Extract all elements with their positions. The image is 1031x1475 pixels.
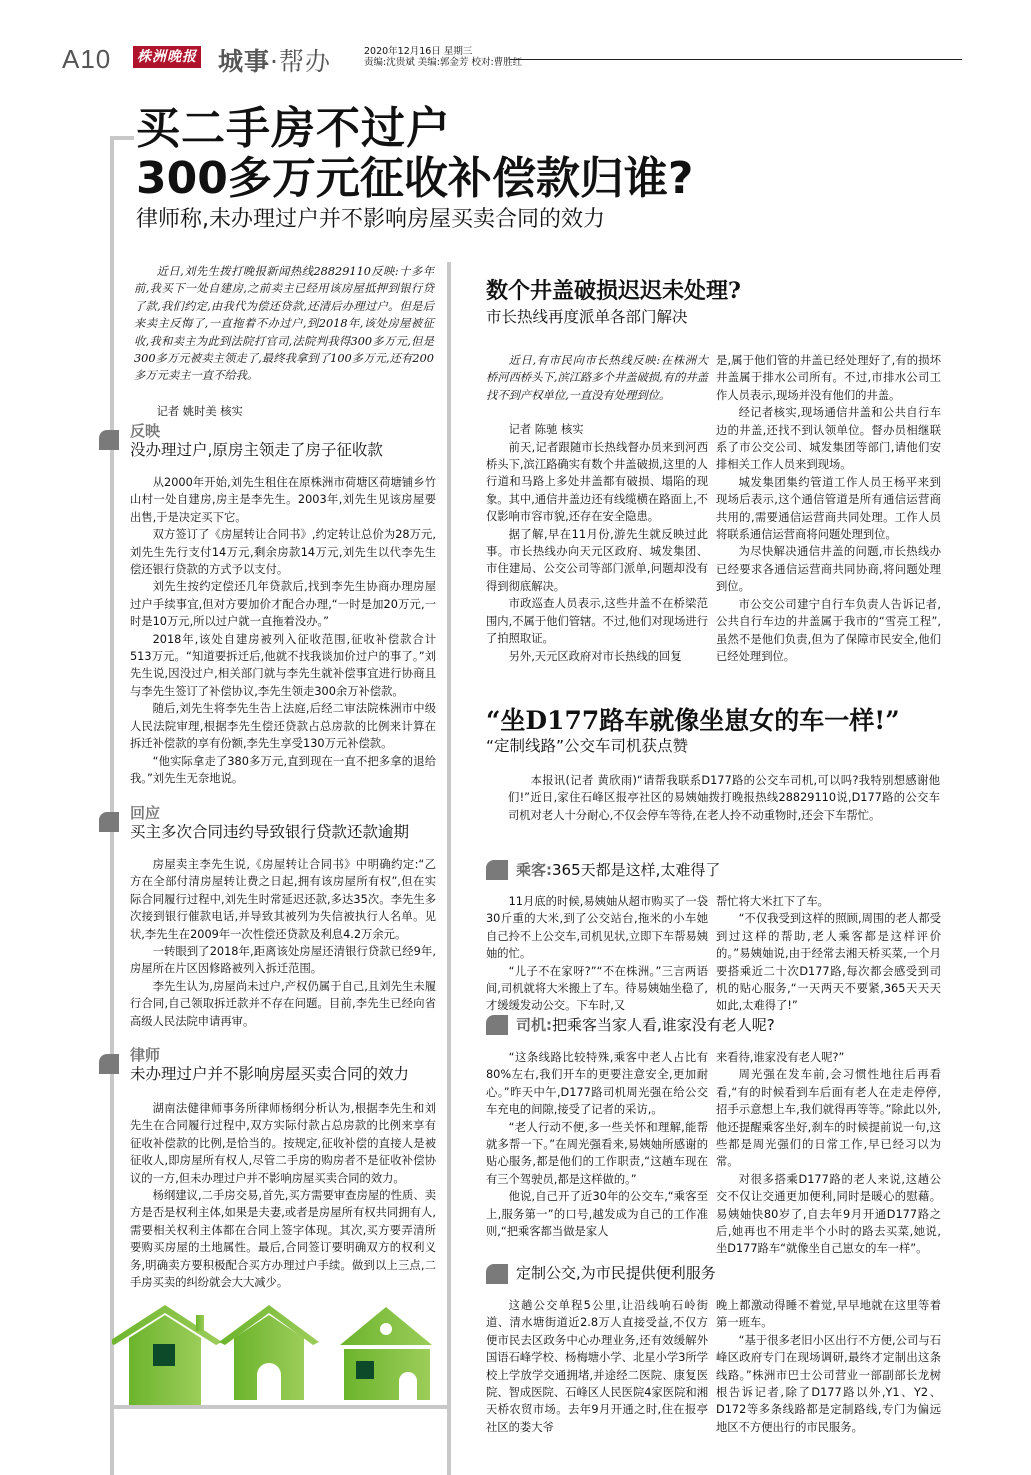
paragraph: 经记者核实,现场通信井盖和公共自行车边的井盖,还找不到认领单位。督办员相继联系了… (716, 404, 941, 474)
bus-lead: 本报讯(记者 黄欣雨)“请帮我联系D177路的公交车司机,可以吗?我特别想感谢他… (508, 772, 940, 824)
manhole-col2: 是,属于他们管的井盖已经处理好了,有的损坏井盖属于排水公司所有。不过,市排水公司… (716, 352, 941, 665)
reporter-credit: 记者 陈驰 核实 (486, 421, 708, 438)
paragraph: 随后,刘先生将李先生告上法庭,后经二审法院株洲市中级人民法院审理,根据李先生偿还… (130, 700, 436, 752)
section-main: 城事 (218, 47, 270, 76)
bus-s3-col1: 这趟公交单程5公里,让沿线响石岭街道、清水塘街道近2.8万人直接受益,不仅方便市… (486, 1297, 708, 1436)
paragraph: 周光强在发车前,会习惯性地往后再看看,“有的时候看到车后面有老人在走走停停,招手… (716, 1066, 941, 1170)
paragraph: 双方签订了《房屋转让合同书》,约定转让总价为28万元,刘先生先行支付14万元,剩… (130, 526, 436, 578)
paragraph: 房屋卖主李先生说,《房屋转让合同书》中明确约定:“乙方在全部付清房屋转让费之日起… (130, 856, 436, 943)
paragraph: 另外,天元区政府对市长热线的回复 (486, 648, 708, 665)
bus-s1-col2: 帮忙将大米扛下了车。 “不仅我受到这样的照顾,周围的老人都受到过这样的帮助,老人… (716, 893, 941, 1015)
paragraph: 这趟公交单程5公里,让沿线响石岭街道、清水塘街道近2.8万人直接受益,不仅方便市… (486, 1297, 708, 1436)
main-intro: 近日,刘先生拨打晚报新闻热线28829110反映:十多年前,我买下一处自建房,之… (134, 263, 434, 420)
bus-s1-col1: 11月底的时候,易姨妯从超市购买了一袋30斤重的大米,到了公交站台,拖米的小车她… (486, 893, 708, 1015)
paragraph: 从2000年开始,刘先生租住在原株洲市荷塘区荷塘铺乡竹山村一处自建房,房主是李先… (130, 474, 436, 526)
section-kicker: 乘客: (516, 861, 552, 879)
bus-subheadline: “定制线路”公交车司机获点赞 (486, 736, 688, 756)
bus-s2-col2: 来看待,谁家没有老人呢?” 周光强在发车前,会习惯性地往后再看看,“有的时候看到… (716, 1049, 941, 1258)
manhole-headline: 数个井盖破损迟迟未处理? (486, 276, 741, 306)
paragraph: 城发集团集约管道工作人员王杨平来到现场后表示,这个通信管道是所有通信运营商共用的… (716, 474, 941, 544)
paragraph: 近日,有市民向市长热线反映:在株洲大桥河西桥头下,滨江路多个井盖破损,有的井盖找… (486, 352, 708, 404)
paragraph: 一转眼到了2018年,距离该处房屋还清银行贷款已经9年,房屋所在片区因修路被列入… (130, 943, 436, 978)
paragraph: 他说,自己开了近30年的公交车,“乘客至上,服务第一”的口号,越发成为自己的工作… (486, 1188, 708, 1240)
main-headline-line2: 300多万元征收补偿款归谁? (136, 154, 693, 204)
house-icon (340, 1307, 432, 1400)
paragraph: 对很多搭乘D177路的老人来说,这趟公交不仅让交通更加便利,同时是暖心的慰藉。易… (716, 1171, 941, 1258)
paragraph: 杨纲建议,二手房交易,首先,买方需要审查房屋的性质、卖方是否是权利主体,如果是夫… (130, 1187, 436, 1291)
section-tab-marker (99, 1054, 119, 1074)
bus-section-heading: 乘客:365天都是这样,太难得了 (516, 860, 720, 880)
section-subhead: 未办理过户并不影响房屋买卖合同的效力 (130, 1064, 409, 1084)
house-icon (112, 1305, 222, 1405)
section-tab-marker (486, 1264, 508, 1284)
main-headline-line1: 买二手房不过户 (136, 104, 451, 154)
paragraph: 李先生认为,房屋尚未过户,产权仍属于自己,且刘先生未履行合同,自己领取拆迁款并不… (130, 978, 436, 1030)
paragraph: 前天,记者跟随市长热线督办员来到河西桥头下,滨江路确实有数个井盖破损,这里的人行… (486, 439, 708, 526)
section-sub: 帮办 (279, 47, 331, 76)
bus-s2-col1: “这条线路比较特殊,乘客中老人占比有80%左右,我们开车的更要注意安全,更加耐心… (486, 1049, 708, 1240)
paragraph: 湖南法健律师事务所律师杨纲分析认为,根据李先生和刘先生在合同履行过程中,双方实际… (130, 1100, 436, 1187)
issue-date: 2020年12月16日 星期三 (364, 46, 522, 57)
frame-left-border (110, 136, 114, 1475)
section-kicker: 律师 (130, 1044, 160, 1065)
staff-credits: 责编:沈贵斌 美编:郭金芳 校对:曹胜红 (364, 57, 522, 68)
manhole-subheadline: 市长热线再度派单各部门解决 (486, 307, 688, 327)
paragraph: “不仅我受到这样的照顾,周围的老人都受到过这样的帮助,老人乘客都是这样评价的。”… (716, 910, 941, 1014)
paragraph: “他实际拿走了380多万元,直到现在一直不把多拿的退给我。”刘先生无奈地说。 (130, 753, 436, 788)
houses-illustration (112, 1305, 448, 1405)
issue-meta: 2020年12月16日 星期三 责编:沈贵斌 美编:郭金芳 校对:曹胜红 (364, 46, 522, 68)
section-dot: · (270, 47, 279, 76)
section-title: 定制公交,为市民提供便利服务 (516, 1264, 716, 1282)
section-tab-marker (99, 430, 119, 450)
reporter-credit: 记者 姚时美 核实 (134, 403, 434, 420)
section-tab-marker (99, 812, 119, 832)
paragraph: 市政巡查人员表示,这些井盖不在桥梁范围内,不属于他们管辖。不过,他们对现场进行了… (486, 595, 708, 647)
paragraph: 是,属于他们管的井盖已经处理好了,有的损坏井盖属于排水公司所有。不过,市排水公司… (716, 352, 941, 404)
masthead-logo: 株洲晚报 (133, 46, 201, 68)
section-kicker: 司机: (516, 1016, 552, 1034)
page-number: A10 (62, 44, 111, 75)
paragraph: 晚上都激动得睡不着觉,早早地就在这里等着第一班车。 (716, 1297, 941, 1332)
paragraph: 据了解,早在11月份,游先生就反映过此事。市长热线办向天元区政府、城发集团、市住… (486, 526, 708, 596)
section-kicker: 反映 (130, 420, 160, 441)
paragraph: “基于很多老旧小区出行不方便,公司与石峰区政府专门在现场调研,最终才定制出这条线… (716, 1332, 941, 1436)
paragraph: 市公交公司建宁自行车负责人告诉记者,公共自行车边的井盖属于我市的“雪亮工程”,虽… (716, 596, 941, 666)
manhole-col1: 近日,有市民向市长热线反映:在株洲大桥河西桥头下,滨江路多个井盖破损,有的井盖找… (486, 352, 708, 665)
paragraph: 刘先生按约定偿还几年贷款后,找到李先生协商办理房屋过户手续事宜,但对方要加价才配… (130, 578, 436, 630)
section-subhead: 没办理过户,原房主领走了房子征收款 (130, 440, 383, 460)
bus-s3-col2: 晚上都激动得睡不着觉,早早地就在这里等着第一班车。 “基于很多老旧小区出行不方便… (716, 1297, 941, 1436)
paragraph: 为尽快解决通信井盖的问题,市长热线办已经要求各通信运营商共同协商,将问题处理到位… (716, 543, 941, 595)
bus-headline: “坐D177路车就像坐崽女的车一样!” (486, 704, 900, 738)
frame-bottom-border (110, 1405, 451, 1409)
frame-right-border (447, 262, 451, 1475)
section-body: 湖南法健律师事务所律师杨纲分析认为,根据李先生和刘先生在合同履行过程中,双方实际… (130, 1100, 436, 1291)
main-subheadline: 律师称,未办理过户并不影响房屋买卖合同的效力 (136, 206, 605, 234)
paragraph: 帮忙将大米扛下了车。 (716, 893, 941, 910)
section-subhead: 买主多次合同违约导致银行贷款还款逾期 (130, 822, 409, 842)
intro-paragraph: 近日,刘先生拨打晚报新闻热线28829110反映:十多年前,我买下一处自建房,之… (134, 263, 434, 385)
paragraph: “儿子不在家呀?”“不在株洲。”三言两语间,司机就将大米搬上了车。待易姨妯坐稳了… (486, 963, 708, 1015)
paragraph: “老人行动不便,多一些关怀和理解,能帮就多帮一下。”在周光强看来,易姨妯所感谢的… (486, 1119, 708, 1189)
section-tab-marker (486, 860, 508, 880)
paragraph: 2018年,该处自建房被列入征收范围,征收补偿款合计513万元。“知道要拆迁后,… (130, 631, 436, 701)
header-rule (510, 59, 962, 60)
paragraph: “这条线路比较特殊,乘客中老人占比有80%左右,我们开车的更要注意安全,更加耐心… (486, 1049, 708, 1119)
section-body: 房屋卖主李先生说,《房屋转让合同书》中明确约定:“乙方在全部付清房屋转让费之日起… (130, 856, 436, 1030)
lead-paragraph: 本报讯(记者 黄欣雨)“请帮我联系D177路的公交车司机,可以吗?我特别想感谢他… (508, 772, 940, 824)
section-body: 从2000年开始,刘先生租住在原株洲市荷塘区荷塘铺乡竹山村一处自建房,房主是李先… (130, 474, 436, 787)
section-title: 把乘客当家人看,谁家没有老人呢? (552, 1016, 775, 1034)
house-icon (219, 1305, 319, 1400)
bus-section-heading: 定制公交,为市民提供便利服务 (516, 1263, 716, 1283)
paragraph: 11月底的时候,易姨妯从超市购买了一袋30斤重的大米,到了公交站台,拖米的小车她… (486, 893, 708, 963)
section-title: 365天都是这样,太难得了 (552, 861, 720, 879)
section-kicker: 回应 (130, 802, 160, 823)
section-title: 城事·帮办 (218, 42, 331, 78)
paragraph: 来看待,谁家没有老人呢?” (716, 1049, 941, 1066)
section-tab-marker (486, 1015, 508, 1035)
bus-section-heading: 司机:把乘客当家人看,谁家没有老人呢? (516, 1015, 775, 1035)
